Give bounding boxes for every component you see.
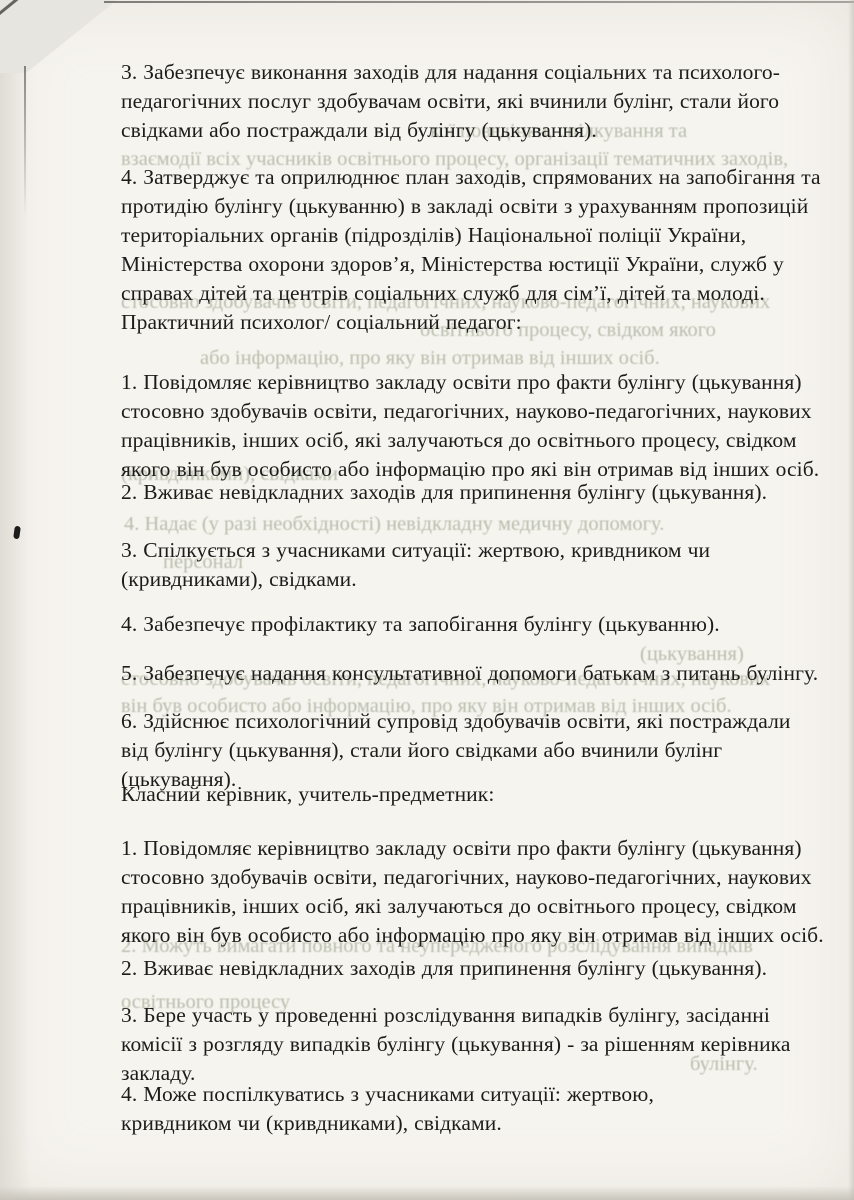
scan-left-edge-line xyxy=(24,66,26,216)
ink-spot xyxy=(13,526,21,540)
psychologist-paragraph-2: 2. Вживає невідкладних заходів для припи… xyxy=(121,478,831,507)
heading-practical-psychologist: Практичний психолог/ соціальний педагог: xyxy=(121,308,833,337)
scan-top-edge-line xyxy=(104,1,854,3)
psychologist-paragraph-4: 4. Забезпечує профілактику та запобіганн… xyxy=(121,610,821,639)
scan-bottom-edge xyxy=(0,1186,854,1200)
psychologist-paragraph-3: 3. Спілкується з учасниками ситуації: же… xyxy=(121,536,833,594)
teacher-paragraph-2: 2. Вживає невідкладних заходів для припи… xyxy=(121,954,831,983)
heading-class-teacher: Класний керівник, учитель-предметник: xyxy=(121,780,833,809)
teacher-paragraph-4: 4. Може поспілкуватись з учасниками ситу… xyxy=(121,1080,761,1138)
teacher-paragraph-1: 1. Повідомляє керівництво закладу освіти… xyxy=(121,834,831,950)
scanned-document-page: кої поведінки, спілкування та взаємодії … xyxy=(0,0,854,1200)
teacher-paragraph-3: 3. Бере участь у проведенні розслідуванн… xyxy=(121,1001,837,1088)
paragraph-4-director: 4. Затверджує та оприлюднює план заходів… xyxy=(121,163,833,308)
psychologist-paragraph-1: 1. Повідомляє керівництво закладу освіти… xyxy=(121,368,831,484)
bleedthrough-text: 4. Надає (у разі необхідності) невідклад… xyxy=(124,511,664,538)
psychologist-paragraph-5: 5. Забезпечує надання консультативної до… xyxy=(121,659,833,688)
scan-corner-fold xyxy=(0,0,120,74)
paragraph-3-director: 3. Забезпечує виконання заходів для нада… xyxy=(121,58,816,145)
